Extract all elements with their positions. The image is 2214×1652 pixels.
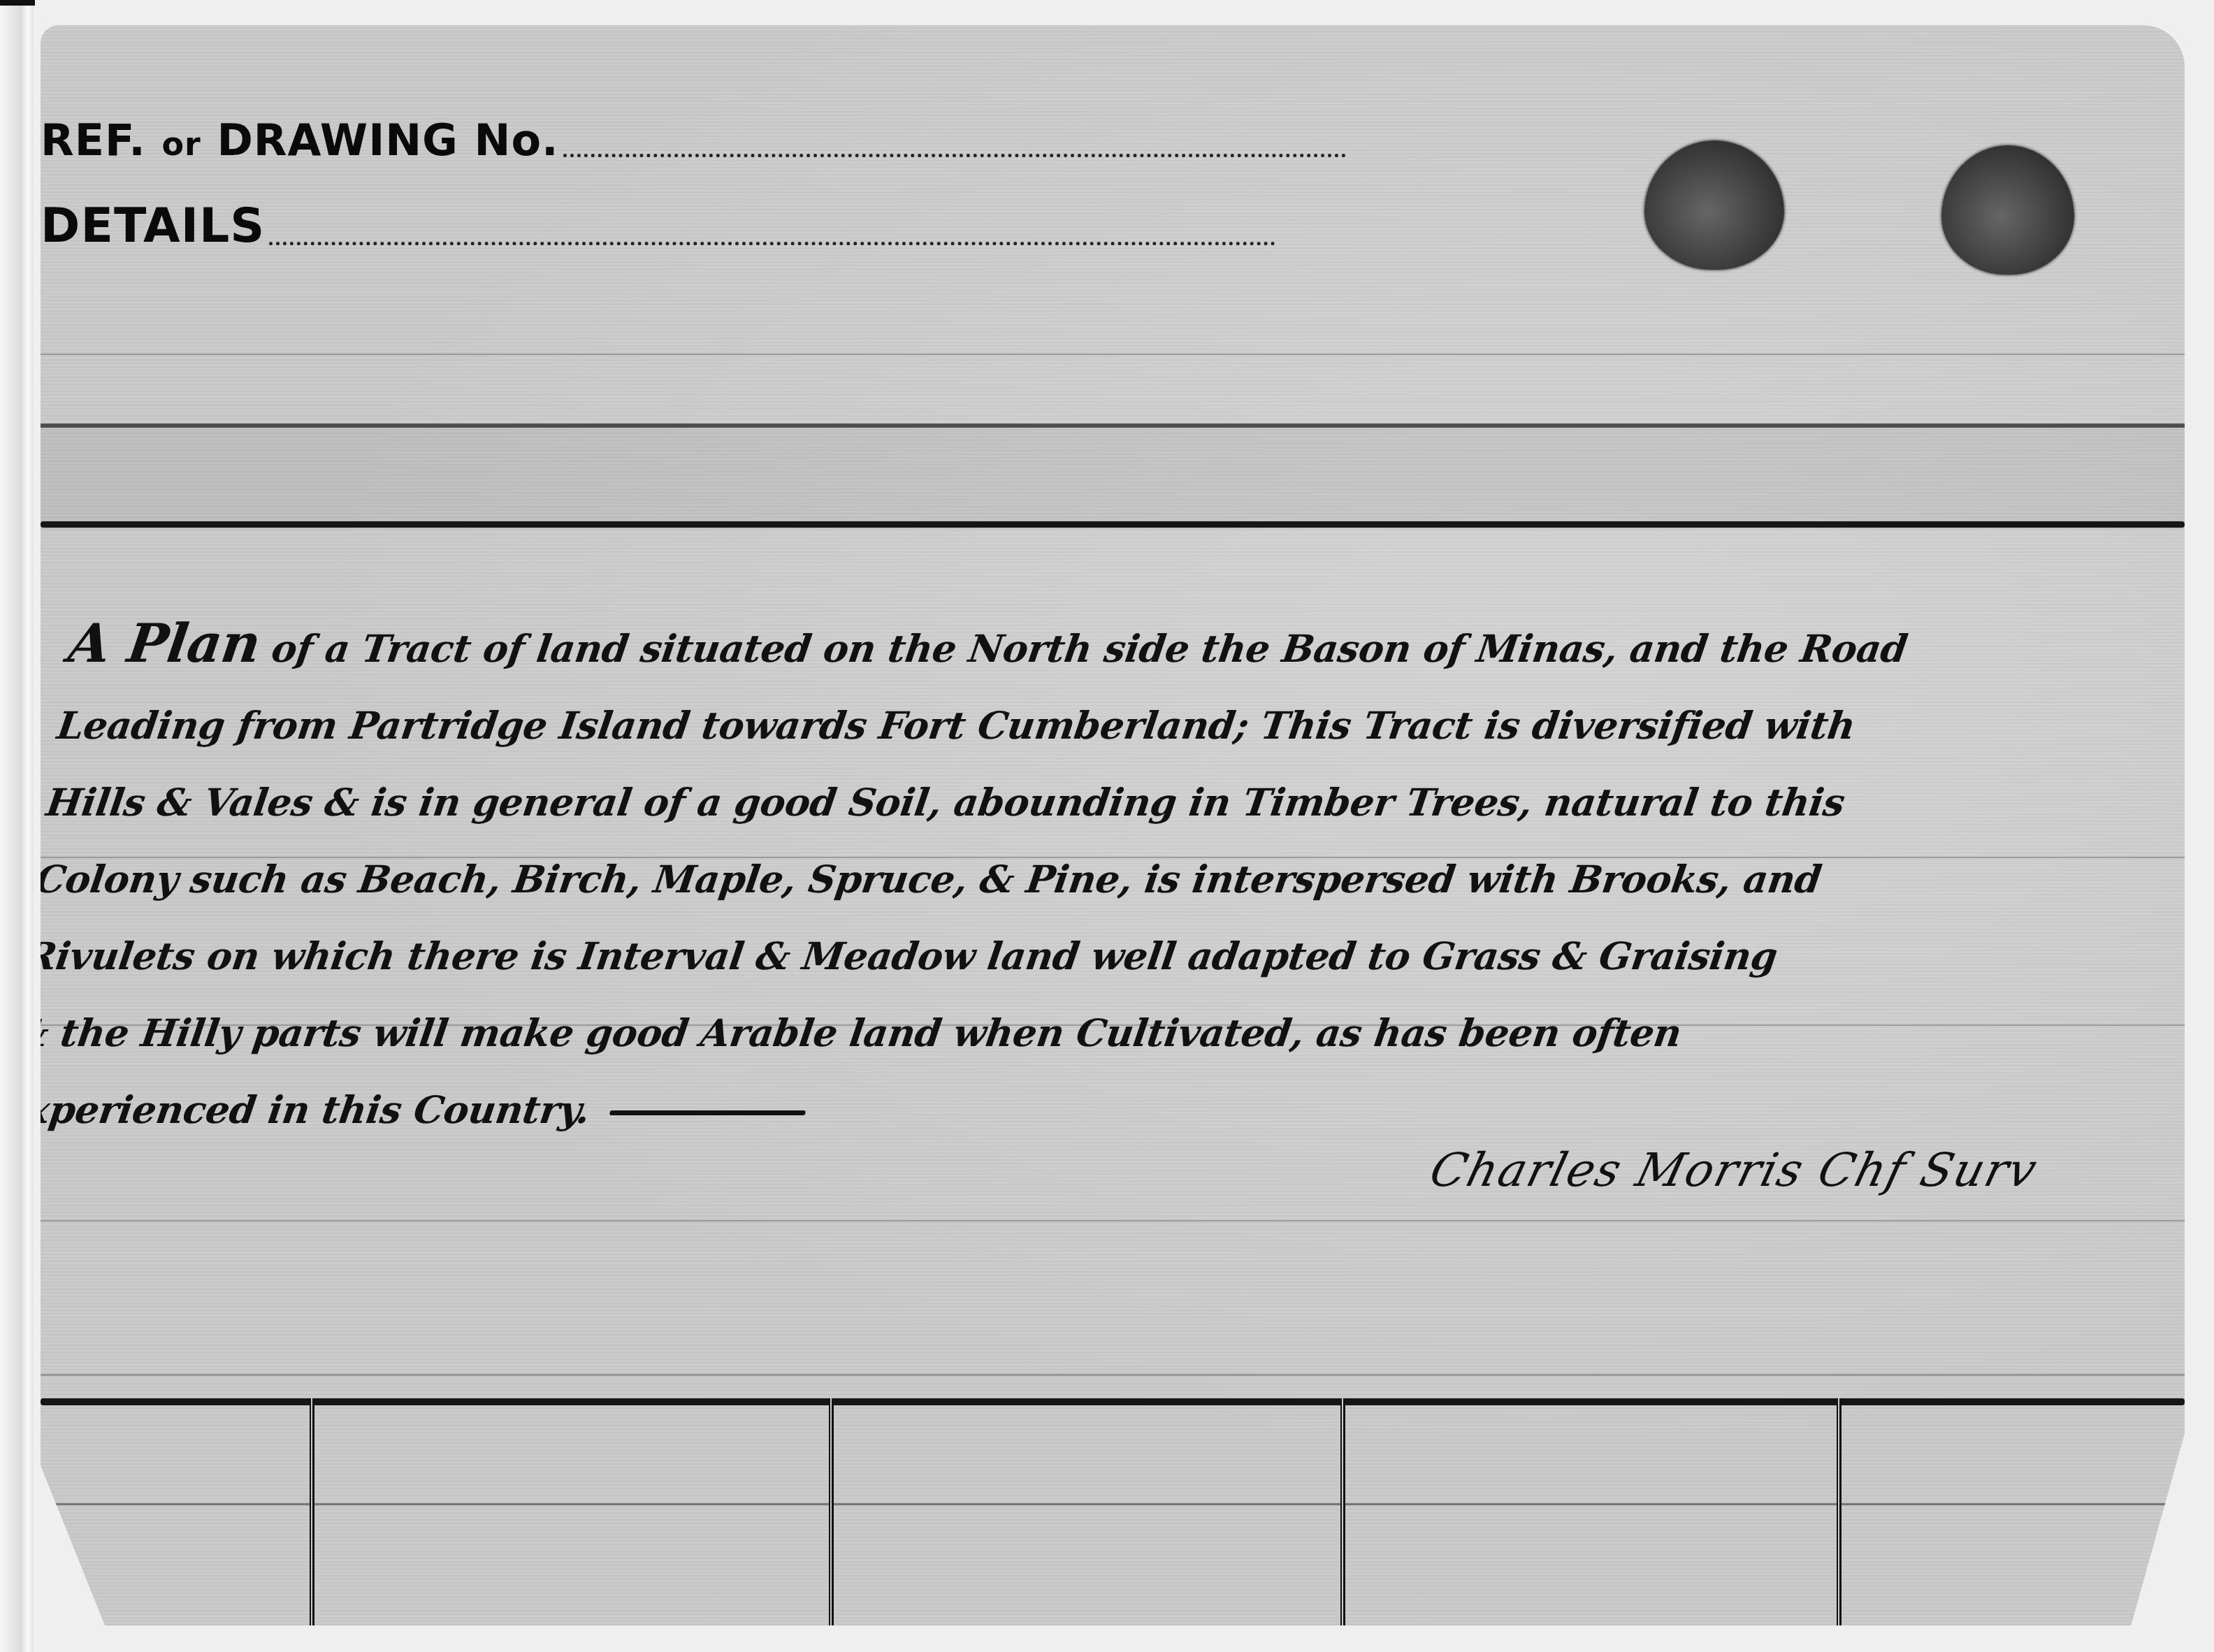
description-line-3: Hills & Vales & is in general of a good … [41,764,2120,841]
grid-top-rule [41,1398,2185,1405]
ruled-line [41,1220,2185,1222]
details-row: DETAILS [41,198,1275,254]
punch-hole-icon [1644,140,1784,270]
details-label: DETAILS [41,198,265,254]
grid-row-line [41,1503,2185,1505]
ruled-line [41,1374,2185,1376]
grid-column-divider [1837,1398,1842,1625]
record-card: REF. or DRAWING No. DETAILS A Plan of a … [41,25,2185,1625]
ref-drawing-label: REF. or DRAWING No. [41,115,559,166]
description-title-word: A Plan [65,612,264,674]
description-text: of a Tract of land situated on the North… [256,626,1910,671]
grid-column-divider [829,1398,834,1625]
ref-drawing-field[interactable] [563,154,1346,157]
details-field[interactable] [269,242,1275,245]
surveyor-signature: Charles Morris Chf Surv [1424,1143,2043,1197]
description-line-6: & the Hilly parts will make good Arable … [9,994,2088,1071]
band-top-rule [41,423,2185,428]
ruled-line [41,354,2185,355]
ref-label-or: or [161,125,201,163]
ref-label-main: DRAWING No. [217,115,558,166]
punch-hole-icon [1941,145,2074,275]
header-band [41,425,2185,530]
description-line-1: A Plan of a Tract of land situated on th… [63,605,2143,687]
grid-column-divider [1340,1398,1345,1625]
description-line-4: Colony such as Beach, Birch, Maple, Spru… [31,841,2110,918]
band-bottom-rule [41,521,2185,528]
handwritten-description: A Plan of a Tract of land situated on th… [0,605,2143,1148]
description-text: experienced in this Country. [1,1087,593,1132]
bottom-ruled-grid [41,1398,2185,1625]
ref-label-prefix: REF. [41,115,146,166]
description-line-7: experienced in this Country. [0,1071,2078,1148]
description-line-5: Rivulets on which there is Interval & Me… [20,918,2099,994]
scan-edge-strip [0,0,34,1652]
description-line-2: Leading from Partridge Island towards Fo… [52,687,2132,764]
closing-dash [609,1110,806,1115]
ref-drawing-row: REF. or DRAWING No. [41,115,1346,166]
grid-column-divider [310,1398,314,1625]
scan-edge-mark [0,0,35,6]
